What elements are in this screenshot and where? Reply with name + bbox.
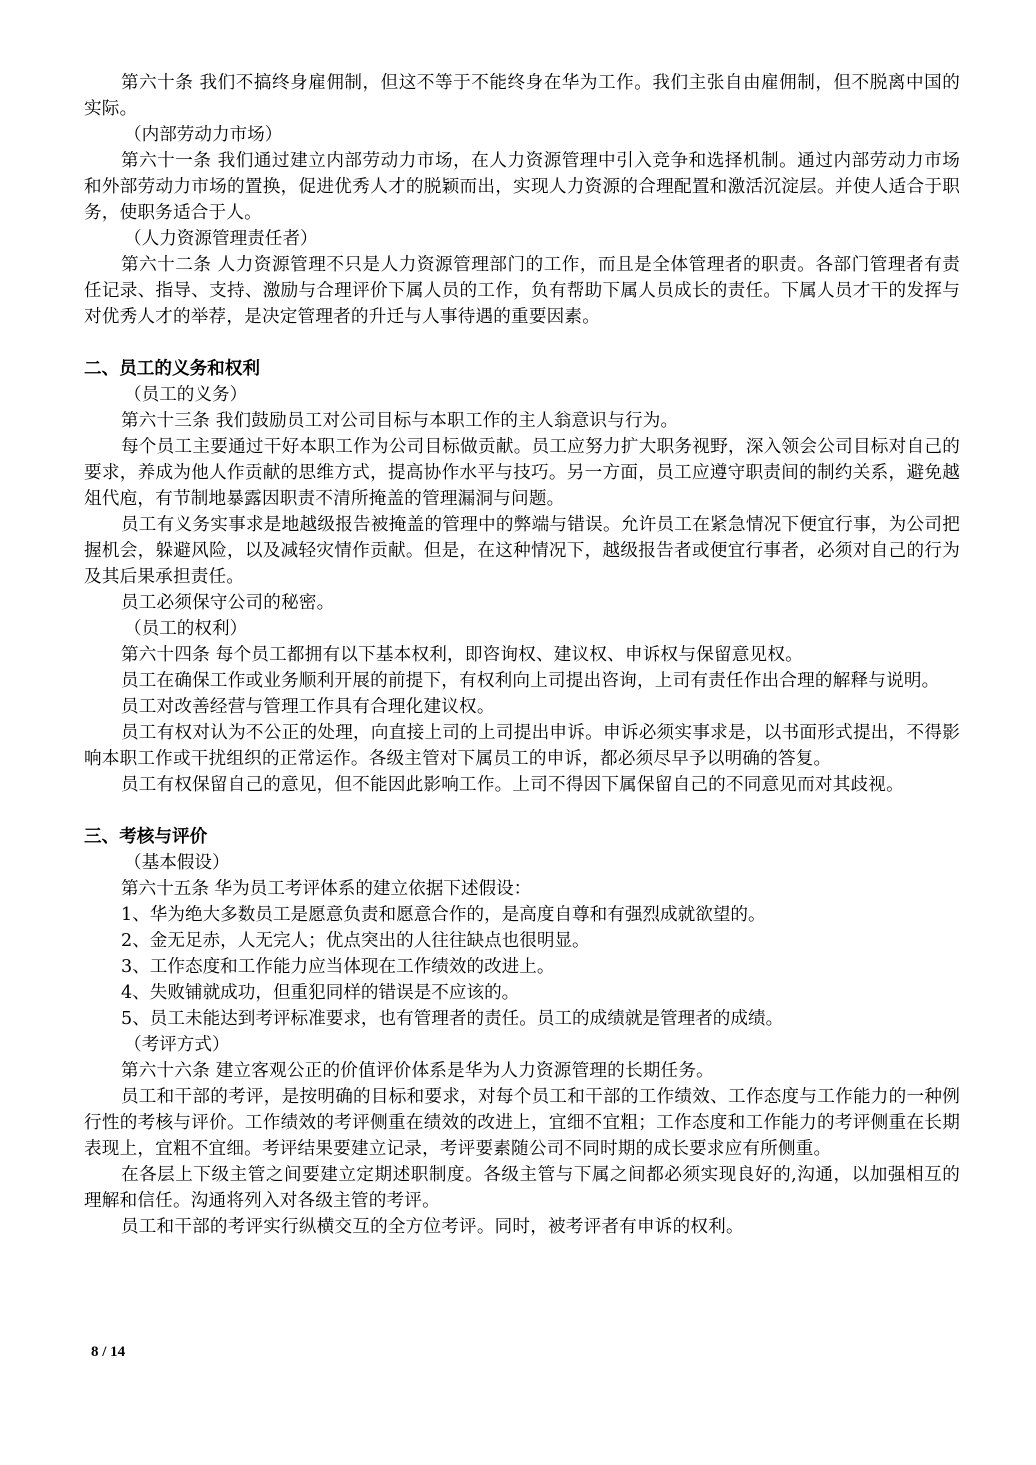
section-heading-assessment: 三、考核与评价 [84, 824, 960, 850]
article-60: 第六十条 我们不搞终身雇佣制，但这不等于不能终身在华为工作。我们主张自由雇佣制，… [84, 70, 960, 122]
assumption-item: 4、失败铺就成功，但重犯同样的错误是不应该的。 [84, 980, 960, 1006]
assumption-item: 5、员工未能达到考评标准要求，也有管理者的责任。员工的成绩就是管理者的成绩。 [84, 1006, 960, 1032]
article-64-paragraph-2: 员工对改善经营与管理工作具有合理化建议权。 [84, 694, 960, 720]
article-66-paragraph-1: 员工和干部的考评，是按明确的目标和要求，对每个员工和干部的工作绩效、工作态度与工… [84, 1084, 960, 1162]
subheading-internal-labor-market: （内部劳动力市场） [84, 122, 960, 148]
assumption-item: 2、金无足赤，人无完人；优点突出的人往往缺点也很明显。 [84, 928, 960, 954]
subheading-employee-rights: （员工的权利） [84, 616, 960, 642]
article-63-paragraph-1: 每个员工主要通过干好本职工作为公司目标做贡献。员工应努力扩大职务视野，深入领会公… [84, 434, 960, 512]
article-65: 第六十五条 华为员工考评体系的建立依据下述假设： [84, 876, 960, 902]
article-61: 第六十一条 我们通过建立内部劳动力市场，在人力资源管理中引入竞争和选择机制。通过… [84, 148, 960, 226]
subheading-hr-responsibility: （人力资源管理责任者） [84, 226, 960, 252]
subheading-basic-assumptions: （基本假设） [84, 850, 960, 876]
assumption-item: 1、华为绝大多数员工是愿意负责和愿意合作的，是高度自尊和有强烈成就欲望的。 [84, 902, 960, 928]
article-63-paragraph-2: 员工有义务实事求是地越级报告被掩盖的管理中的弊端与错误。允许员工在紧急情况下便宜… [84, 512, 960, 590]
subheading-assessment-method: （考评方式） [84, 1032, 960, 1058]
article-64-paragraph-3: 员工有权对认为不公正的处理，向直接上司的上司提出申诉。申诉必须实事求是，以书面形… [84, 720, 960, 772]
article-64: 第六十四条 每个员工都拥有以下基本权利，即咨询权、建议权、申诉权与保留意见权。 [84, 642, 960, 668]
article-63: 第六十三条 我们鼓励员工对公司目标与本职工作的主人翁意识与行为。 [84, 408, 960, 434]
section-heading-duties-rights: 二、员工的义务和权利 [84, 356, 960, 382]
article-66: 第六十六条 建立客观公正的价值评价体系是华为人力资源管理的长期任务。 [84, 1058, 960, 1084]
article-63-paragraph-3: 员工必须保守公司的秘密。 [84, 590, 960, 616]
page-number: 8 / 14 [91, 1343, 125, 1361]
subheading-employee-duties: （员工的义务） [84, 382, 960, 408]
article-66-paragraph-3: 员工和干部的考评实行纵横交互的全方位考评。同时，被考评者有申诉的权利。 [84, 1214, 960, 1240]
article-64-paragraph-1: 员工在确保工作或业务顺利开展的前提下，有权利向上司提出咨询，上司有责任作出合理的… [84, 668, 960, 694]
assumption-item: 3、工作态度和工作能力应当体现在工作绩效的改进上。 [84, 954, 960, 980]
article-62: 第六十二条 人力资源管理不只是人力资源管理部门的工作，而且是全体管理者的职责。各… [84, 252, 960, 330]
article-64-paragraph-4: 员工有权保留自己的意见，但不能因此影响工作。上司不得因下属保留自己的不同意见而对… [84, 772, 960, 798]
article-66-paragraph-2: 在各层上下级主管之间要建立定期述职制度。各级主管与下属之间都必须实现良好的,沟通… [84, 1162, 960, 1214]
document-page: 第六十条 我们不搞终身雇佣制，但这不等于不能终身在华为工作。我们主张自由雇佣制，… [84, 70, 960, 1240]
